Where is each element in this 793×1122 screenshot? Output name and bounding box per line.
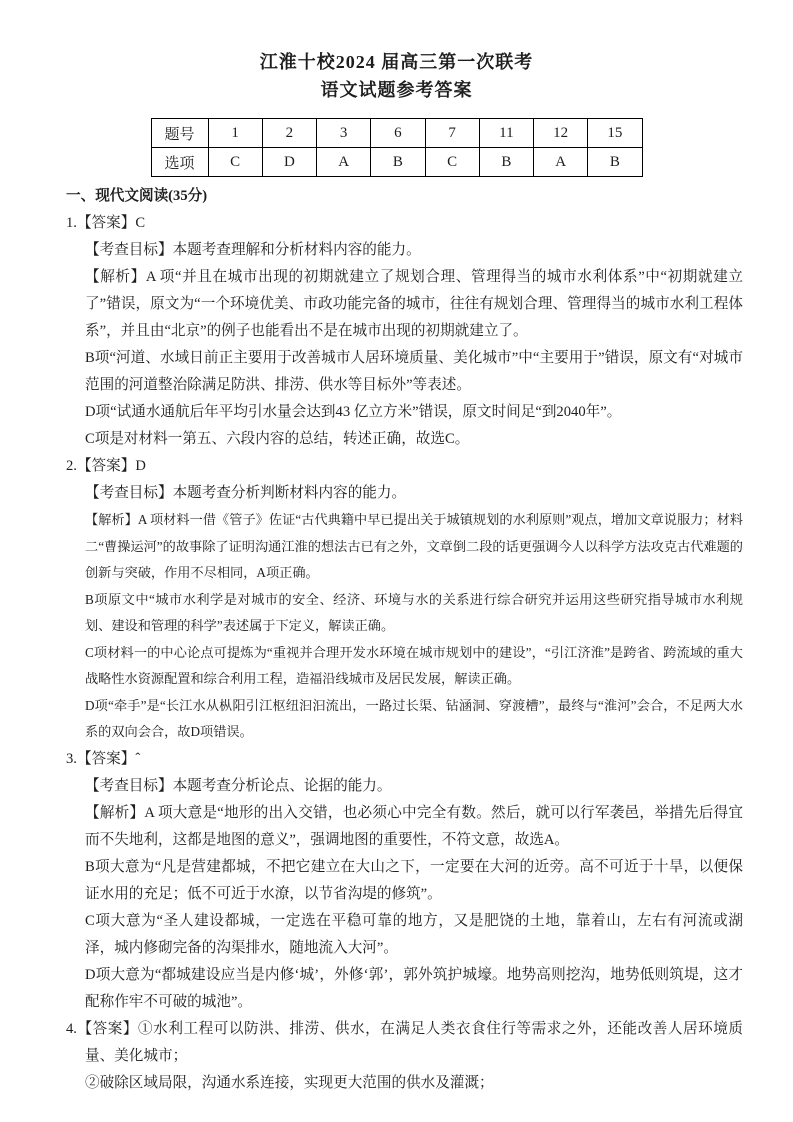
document-body: 一、现代文阅读(35分)1.【答案】C【考查目标】本题考查理解和分析材料内容的能… (66, 183, 743, 1097)
answer-option-row-label: 选项 (151, 148, 208, 177)
explanation-paragraph: 【考查目标】本题考查理解和分析材料内容的能力。 (66, 237, 743, 264)
question-number-row: 题号 12367111215 (151, 119, 642, 148)
explanation-paragraph: B项大意为“凡是营建都城，不把它建立在大山之下，一定要在大河的近旁。高不可近于十… (66, 854, 743, 908)
document-page: 江淮十校2024 届高三第一次联考 语文试题参考答案 题号 1236711121… (0, 0, 793, 1122)
answer-option-cell: A (534, 148, 588, 177)
explanation-paragraph: 【解析】A 项材料一借《管子》佐证“古代典籍中早已提出关于城镇规划的水利原则”观… (66, 507, 743, 587)
question-number-cell: 12 (534, 119, 588, 148)
explanation-paragraph: 【考查目标】本题考查分析判断材料内容的能力。 (66, 480, 743, 507)
section-heading: 一、现代文阅读(35分) (66, 183, 743, 210)
answer-line: 1.【答案】C (66, 210, 743, 237)
answer-option-cell: C (425, 148, 479, 177)
answer-option-cell: D (262, 148, 316, 177)
explanation-paragraph: D项大意为“都城建设应当是内修‘城’，外修‘郭’，郭外筑护城壕。地势高则挖沟，地… (66, 962, 743, 1016)
explanation-paragraph: C项大意为“圣人建设都城，一定选在平稳可靠的地方，又是肥饶的土地，靠着山，左右有… (66, 908, 743, 962)
explanation-paragraph: B项原文中“城市水利学是对城市的安全、经济、环境与水的关系进行综合研究并运用这些… (66, 587, 743, 640)
question-number-cell: 1 (208, 119, 262, 148)
answer-option-row: 选项 CDABCBAB (151, 148, 642, 177)
explanation-paragraph: 【解析】A 项“并且在城市出现的初期就建立了规划合理、管理得当的城市水利体系”中… (66, 264, 743, 345)
answer-key-table: 题号 12367111215 选项 CDABCBAB (151, 118, 643, 177)
document-title-line1: 江淮十校2024 届高三第一次联考 (0, 48, 793, 76)
explanation-paragraph: ②破除区域局限，沟通水系连接，实现更大范围的供水及灌溉； (66, 1070, 743, 1097)
explanation-paragraph: B项“河道、水域日前正主要用于改善城市人居环境质量、美化城市”中“主要用于”错误… (66, 345, 743, 399)
explanation-paragraph: D项“牵手”是“长江水从枞阳引江枢纽汩汩流出，一路过长渠、钻涵洞、穿渡槽”，最终… (66, 693, 743, 746)
question-number-cell: 2 (262, 119, 316, 148)
answer-line: 3.【答案】ˆ (66, 746, 743, 773)
question-number-row-label: 题号 (151, 119, 208, 148)
explanation-paragraph: C项是对材料一第五、六段内容的总结，转述正确，故选C。 (66, 426, 743, 453)
explanation-paragraph: 【解析】A 项大意是“地形的出入交错，也必须心中完全有数。然后，就可以行军袭邑，… (66, 800, 743, 854)
question-number-cell: 7 (425, 119, 479, 148)
question-number-cell: 11 (479, 119, 533, 148)
answer-option-cell: C (208, 148, 262, 177)
answer-line: 2.【答案】D (66, 453, 743, 480)
explanation-paragraph: C项材料一的中心论点可提炼为“重视并合理开发水环境在城市规划中的建设”，“引江济… (66, 640, 743, 693)
answer-option-cell: A (317, 148, 371, 177)
answer-option-cell: B (371, 148, 425, 177)
question-number-cell: 6 (371, 119, 425, 148)
document-header: 江淮十校2024 届高三第一次联考 语文试题参考答案 (0, 48, 793, 104)
explanation-paragraph: 【考查目标】本题考查分析论点、论据的能力。 (66, 773, 743, 800)
document-title-line2: 语文试题参考答案 (0, 76, 793, 104)
question-number-cell: 3 (317, 119, 371, 148)
answer-line: 4.【答案】①水利工程可以防洪、排涝、供水，在满足人类衣食住行等需求之外，还能改… (66, 1016, 743, 1070)
answer-option-cell: B (479, 148, 533, 177)
explanation-paragraph: D项“试通水通航后年平均引水量会达到43 亿立方米”错误，原文时间足“到2040… (66, 399, 743, 426)
answer-option-cell: B (588, 148, 642, 177)
question-number-cell: 15 (588, 119, 642, 148)
